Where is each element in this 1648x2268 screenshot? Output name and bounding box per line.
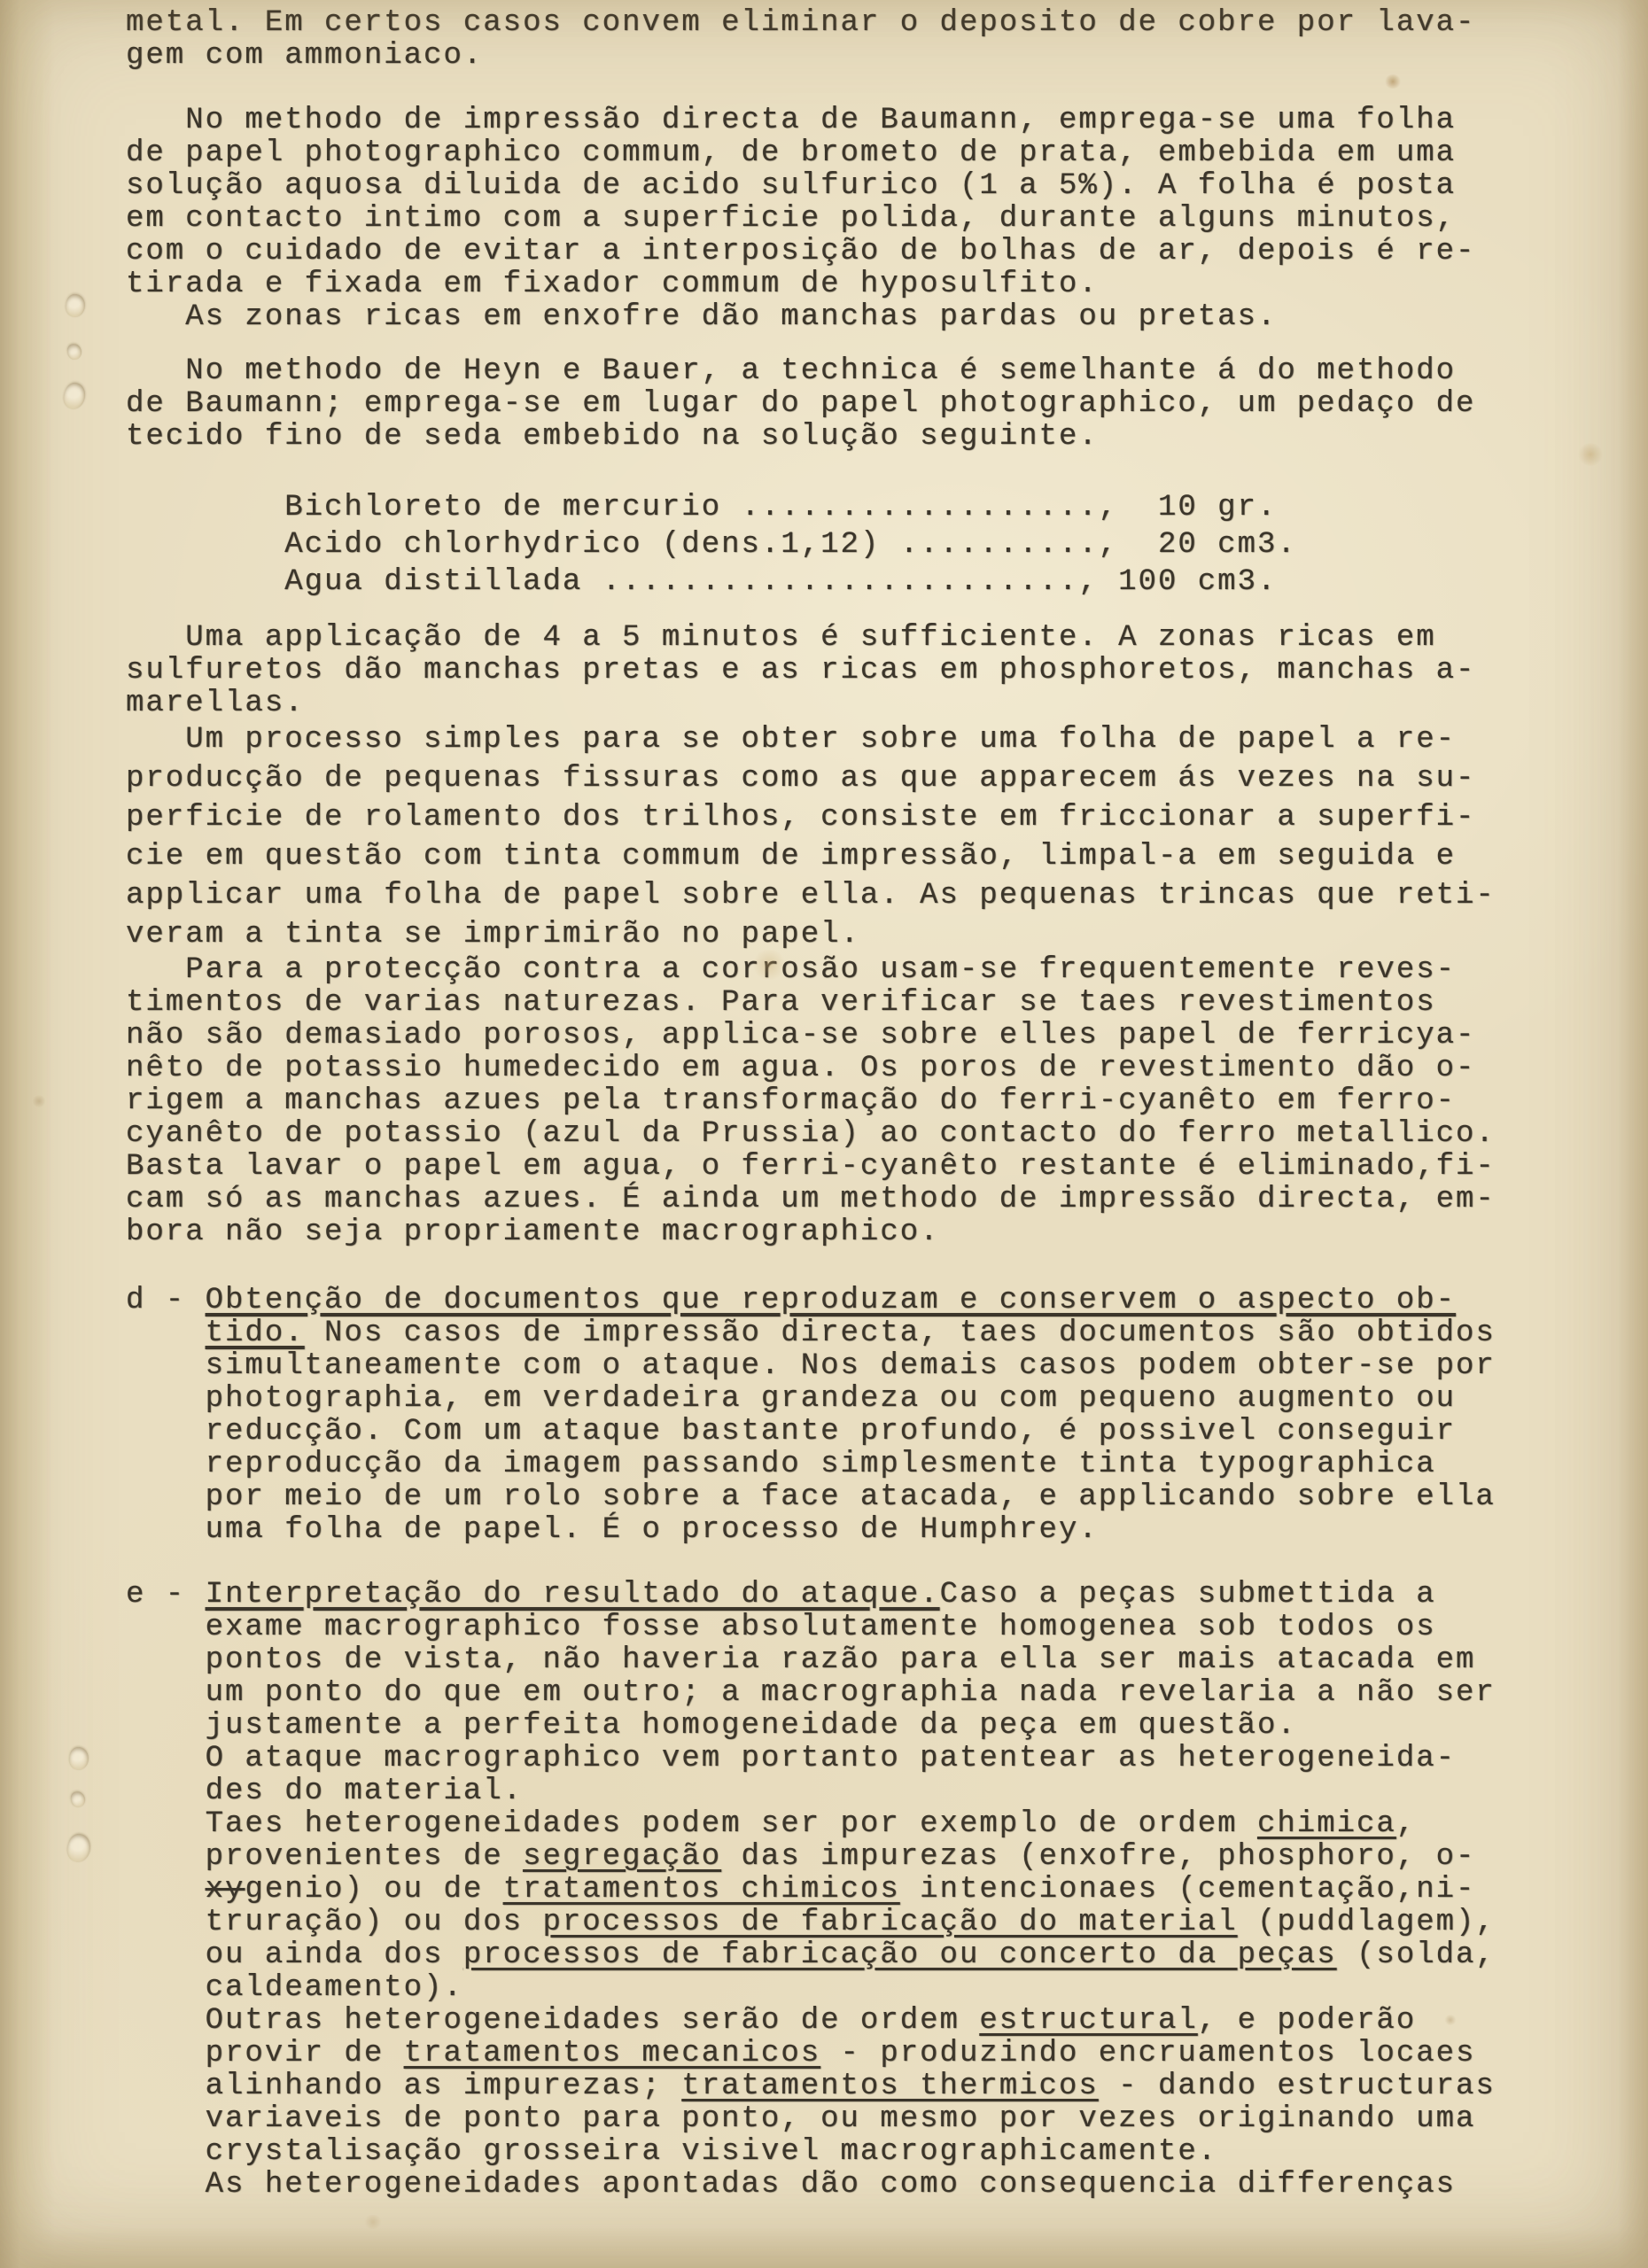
text-line: uma folha de papel. É o processo de Hump…: [126, 1514, 1496, 1547]
text-line: As heterogeneidades apontadas dão como c…: [126, 2169, 1496, 2202]
staple-mark: [60, 380, 89, 412]
text-line: crystalisação grosseira visivel macrogra…: [126, 2136, 1496, 2169]
text-line: reproducção da imagem passando simplesme…: [126, 1449, 1496, 1481]
text-line: No methodo de impressão directa de Bauma…: [126, 105, 1496, 137]
text-line: Taes heterogeneidades podem ser por exem…: [126, 1808, 1496, 1841]
text-line: provenientes de segregação das impurezas…: [126, 1841, 1496, 1874]
paragraph-metal-ammonia: metal. Em certos casos convem eliminar o…: [126, 7, 1496, 73]
text-line: Outras heterogeneidades serão de ordem e…: [126, 2005, 1496, 2038]
text-line: de papel photographico commum, de bromet…: [126, 137, 1496, 170]
text-line: timentos de varias naturezas. Para verif…: [126, 987, 1496, 1020]
text-line: cyanêto de potassio (azul da Prussia) ao…: [126, 1118, 1496, 1151]
text-line: xygenio) ou de tratamentos chimicos inte…: [126, 1874, 1496, 1907]
paragraph-paper-process: Um processo simples para se obter sobre …: [126, 720, 1496, 954]
foxing-spot: [363, 2215, 383, 2229]
text-line: producção de pequenas fissuras como as q…: [126, 759, 1496, 798]
text-line: photographia, em verdadeira grandeza ou …: [126, 1383, 1496, 1416]
text-line: Agua distillada ........................…: [126, 563, 1496, 601]
text-line: e - Interpretação do resultado do ataque…: [126, 1579, 1496, 1612]
text-line: exame macrographico fosse absolutamente …: [126, 1612, 1496, 1644]
text-line: justamente a perfeita homogeneidade da p…: [126, 1710, 1496, 1743]
text-line: em contacto intimo com a superficie poli…: [126, 203, 1496, 236]
paper-sheet: metal. Em certos casos convem eliminar o…: [0, 0, 1648, 2268]
text-line: de Baumann; emprega-se em lugar do papel…: [126, 388, 1496, 421]
text-line: d - Obtenção de documentos que reproduza…: [126, 1285, 1496, 1317]
text-line: sulfuretos dão manchas pretas e as ricas…: [126, 655, 1496, 687]
staple-mark: [69, 1790, 86, 1809]
solution-recipe-list: Bichloreto de mercurio .................…: [126, 489, 1496, 601]
text-line: Basta lavar o papel em agua, o ferri-cya…: [126, 1151, 1496, 1184]
text-line: variaveis de ponto para ponto, ou mesmo …: [126, 2103, 1496, 2136]
staple-mark: [64, 1831, 93, 1865]
text-line: não são demasiado porosos, applica-se so…: [126, 1020, 1496, 1052]
staple-mark: [67, 1746, 89, 1772]
line-sulfur-zones: As zonas ricas em enxofre dão manchas pa…: [126, 301, 1496, 334]
text-line: No methodo de Heyn e Bauer, a technica é…: [126, 355, 1496, 388]
text-line: ou ainda dos processos de fabricação ou …: [126, 1939, 1496, 1972]
text-line: des do material.: [126, 1775, 1496, 1808]
item-d-document-obtention: d - Obtenção de documentos que reproduza…: [126, 1285, 1496, 1547]
text-line: Um processo simples para se obter sobre …: [126, 720, 1496, 759]
paragraph-heyn-bauer: No methodo de Heyn e Bauer, a technica é…: [126, 355, 1496, 454]
document-body: metal. Em certos casos convem eliminar o…: [126, 7, 1496, 2202]
text-line: alinhando as impurezas; tratamentos ther…: [126, 2070, 1496, 2103]
text-line: nêto de potassio humedecido em agua. Os …: [126, 1052, 1496, 1085]
text-line: tido. Nos casos de impressão directa, ta…: [126, 1317, 1496, 1350]
text-line: metal. Em certos casos convem eliminar o…: [126, 7, 1496, 40]
staple-mark: [66, 343, 82, 361]
text-line: bora não seja propriamente macrographico…: [126, 1216, 1496, 1249]
scanned-typewritten-page: { "page": { "kind": "typewritten scanned…: [0, 0, 1648, 2268]
paragraph-application-time: Uma applicação de 4 a 5 minutos é suffic…: [126, 622, 1496, 720]
staple-mark: [64, 292, 88, 319]
text-line: caldeamento).: [126, 1972, 1496, 2005]
text-line: perficie de rolamento dos trilhos, consi…: [126, 798, 1496, 837]
text-line: gem com ammoniaco.: [126, 40, 1496, 73]
text-line: rigem a manchas azues pela transformação…: [126, 1085, 1496, 1118]
text-line: Uma applicação de 4 a 5 minutos é suffic…: [126, 622, 1496, 655]
foxing-spot: [32, 1095, 46, 1107]
text-line: tirada e fixada em fixador commum de hyp…: [126, 268, 1496, 301]
paragraph-corrosion-protection: Para a protecção contra a corrosão usam-…: [126, 954, 1496, 1249]
text-line: tecido fino de seda embebido na solução …: [126, 421, 1496, 454]
text-line: Acido chlorhydrico (dens.1,12) .........…: [126, 526, 1496, 563]
text-line: Bichloreto de mercurio .................…: [126, 489, 1496, 526]
text-line: O ataque macrographico vem portanto pate…: [126, 1743, 1496, 1775]
text-line: por meio de um rolo sobre a face atacada…: [126, 1481, 1496, 1514]
text-line: As zonas ricas em enxofre dão manchas pa…: [126, 301, 1496, 334]
item-e-interpretation: e - Interpretação do resultado do ataque…: [126, 1579, 1496, 2202]
text-line: com o cuidado de evitar a interposição d…: [126, 236, 1496, 268]
text-line: reducção. Com um ataque bastante profund…: [126, 1416, 1496, 1449]
text-line: Para a protecção contra a corrosão usam-…: [126, 954, 1496, 987]
text-line: cie em questão com tinta commum de impre…: [126, 837, 1496, 876]
text-line: pontos de vista, não haveria razão para …: [126, 1644, 1496, 1677]
text-line: um ponto do que em outro; a macrographia…: [126, 1677, 1496, 1710]
text-line: applicar uma folha de papel sobre ella. …: [126, 876, 1496, 915]
text-line: cam só as manchas azues. É ainda um meth…: [126, 1184, 1496, 1216]
foxing-spot: [1577, 443, 1604, 466]
paragraph-baumann-method: No methodo de impressão directa de Bauma…: [126, 105, 1496, 301]
text-line: veram a tinta se imprimirão no papel.: [126, 915, 1496, 954]
text-line: marellas.: [126, 687, 1496, 720]
text-line: simultaneamente com o ataque. Nos demais…: [126, 1350, 1496, 1383]
text-line: provir de tratamentos mecanicos - produz…: [126, 2038, 1496, 2070]
text-line: truração) ou dos processos de fabricação…: [126, 1907, 1496, 1939]
text-line: solução aquosa diluida de acido sulfuric…: [126, 170, 1496, 203]
